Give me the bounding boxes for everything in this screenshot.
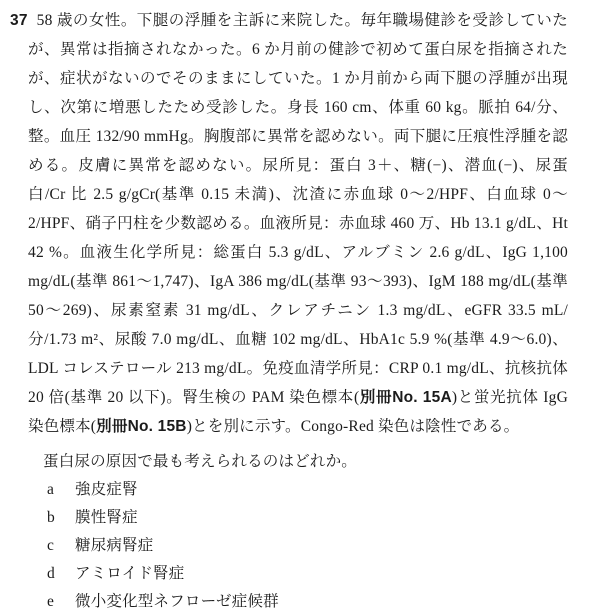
choice-d-letter: d xyxy=(47,560,75,588)
choice-c-label: 糖尿病腎症 xyxy=(75,532,154,560)
choice-b-label: 膜性腎症 xyxy=(75,504,138,532)
question-number: 37 xyxy=(10,12,28,29)
booklet-ref-15a: 別冊No. 15A xyxy=(359,389,452,406)
choice-a-letter: a xyxy=(47,476,75,504)
choice-a-label: 強皮症腎 xyxy=(75,476,138,504)
choice-e: e 微小変化型ネフローゼ症候群 xyxy=(10,588,568,613)
choice-b-letter: b xyxy=(47,504,75,532)
case-text-part-3: )とを別に示す。Congo-Red 染色は陰性である。 xyxy=(187,418,520,435)
choice-c: c 糖尿病腎症 xyxy=(10,532,568,560)
choice-c-letter: c xyxy=(47,532,75,560)
choice-b: b 膜性腎症 xyxy=(10,504,568,532)
exam-page: { "page": { "background_color": "#ffffff… xyxy=(0,0,589,613)
question-prompt: 蛋白尿の原因で最も考えられるのはどれか。 xyxy=(10,447,568,476)
choice-e-label: 微小変化型ネフローゼ症候群 xyxy=(75,588,279,613)
choice-list: a 強皮症腎 b 膜性腎症 c 糖尿病腎症 d アミロイド腎症 e 微小変化型ネ… xyxy=(10,476,568,613)
question-stem: 3758 歳の女性。下腿の浮腫を主訴に来院した。毎年職場健診を受診していたが、異… xyxy=(10,6,568,441)
case-text-part-1: 58 歳の女性。下腿の浮腫を主訴に来院した。毎年職場健診を受診していたが、異常は… xyxy=(28,12,568,406)
choice-e-letter: e xyxy=(47,588,75,613)
choice-d: d アミロイド腎症 xyxy=(10,560,568,588)
choice-d-label: アミロイド腎症 xyxy=(75,560,184,588)
question-block: 3758 歳の女性。下腿の浮腫を主訴に来院した。毎年職場健診を受診していたが、異… xyxy=(0,0,589,613)
booklet-ref-15b: 別冊No. 15B xyxy=(96,418,187,435)
choice-a: a 強皮症腎 xyxy=(10,476,568,504)
